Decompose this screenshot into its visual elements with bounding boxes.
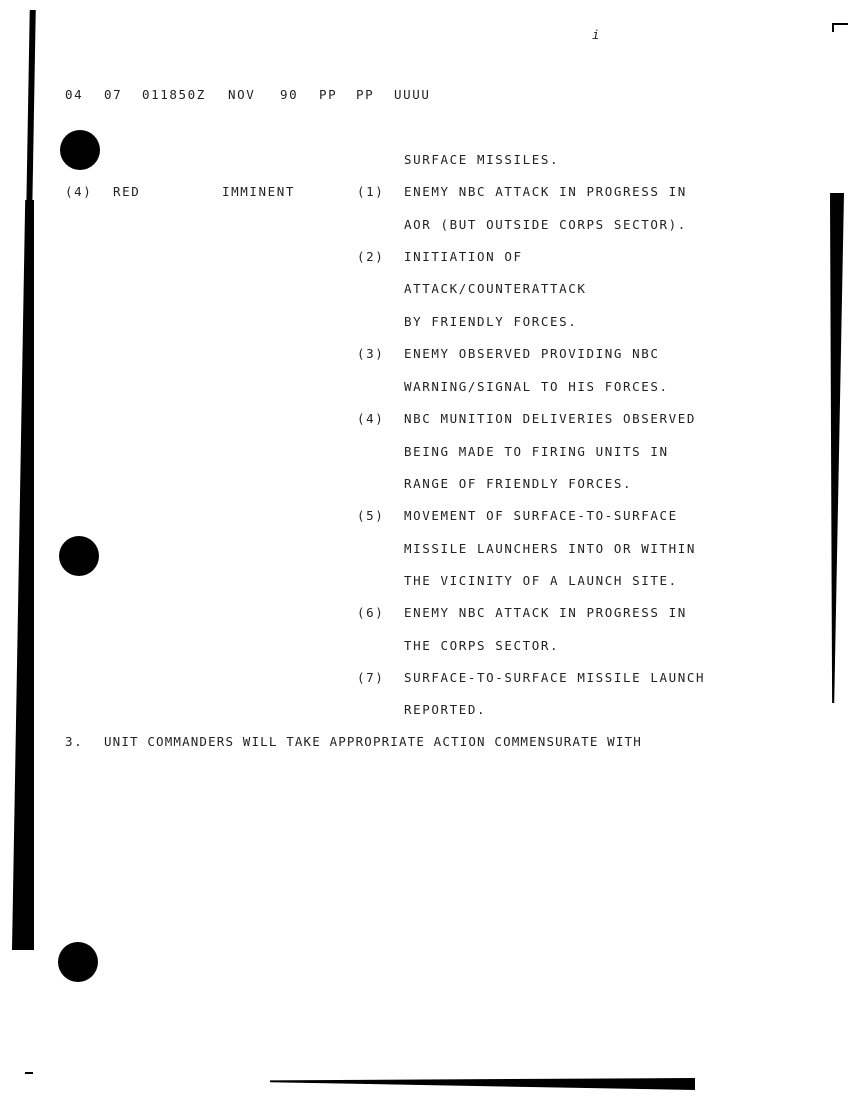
level-status: IMMINENT [222, 185, 295, 199]
page-marker: i [592, 28, 601, 42]
item-line: BY FRIENDLY FORCES. [404, 315, 577, 329]
item-line: ENEMY OBSERVED PROVIDING NBC [404, 347, 660, 361]
item-line: BEING MADE TO FIRING UNITS IN [404, 445, 669, 459]
item-number: (7) [357, 671, 384, 685]
bottom-bar [270, 1078, 695, 1090]
item-line: ATTACK/COUNTERATTACK [404, 282, 587, 296]
corner-mark-vertical [832, 23, 834, 32]
punch-hole-bottom [58, 942, 98, 982]
punch-hole-middle [59, 536, 99, 576]
header-field: 011850Z [142, 88, 206, 102]
header-field: 04 [65, 88, 83, 102]
item-line: MISSILE LAUNCHERS INTO OR WITHIN [404, 542, 696, 556]
item-line: INITIATION OF [404, 250, 523, 264]
item-line: ENEMY NBC ATTACK IN PROGRESS IN [404, 606, 687, 620]
item-line: NBC MUNITION DELIVERIES OBSERVED [404, 412, 696, 426]
item-number: (2) [357, 250, 384, 264]
paragraph-text: UNIT COMMANDERS WILL TAKE APPROPRIATE AC… [104, 735, 642, 749]
item-number: (3) [357, 347, 384, 361]
item-number: (1) [357, 185, 384, 199]
item-line: ENEMY NBC ATTACK IN PROGRESS IN [404, 185, 687, 199]
item-line: RANGE OF FRIENDLY FORCES. [404, 477, 632, 491]
header-field: 07 [104, 88, 122, 102]
left-margin-bar [26, 10, 35, 210]
header-field: 90 [280, 88, 298, 102]
punch-hole-top [60, 130, 100, 170]
item-number: (5) [357, 509, 384, 523]
item-line: MOVEMENT OF SURFACE-TO-SURFACE [404, 509, 678, 523]
item-number: (4) [357, 412, 384, 426]
left-margin-bar-lower [12, 200, 34, 950]
stray-dash [25, 1072, 33, 1074]
item-line: REPORTED. [404, 703, 486, 717]
header-field: NOV [228, 88, 255, 102]
paragraph-number: 3. [65, 735, 83, 749]
header-field: UUUU [394, 88, 431, 102]
level-number: (4) [65, 185, 92, 199]
item-line: THE CORPS SECTOR. [404, 639, 559, 653]
item-line: THE VICINITY OF A LAUNCH SITE. [404, 574, 678, 588]
item-line: AOR (BUT OUTSIDE CORPS SECTOR). [404, 218, 687, 232]
corner-mark [832, 23, 848, 25]
header-field: PP [356, 88, 374, 102]
right-margin-bar [830, 193, 844, 703]
continuation-text: SURFACE MISSILES. [404, 153, 559, 167]
item-line: SURFACE-TO-SURFACE MISSILE LAUNCH [404, 671, 705, 685]
header-field: PP [319, 88, 337, 102]
item-number: (6) [357, 606, 384, 620]
item-line: WARNING/SIGNAL TO HIS FORCES. [404, 380, 669, 394]
level-color: RED [113, 185, 140, 199]
scanned-document-page: i 04 07 011850Z NOV 90 PP PP UUUU SURFAC… [0, 0, 850, 1098]
